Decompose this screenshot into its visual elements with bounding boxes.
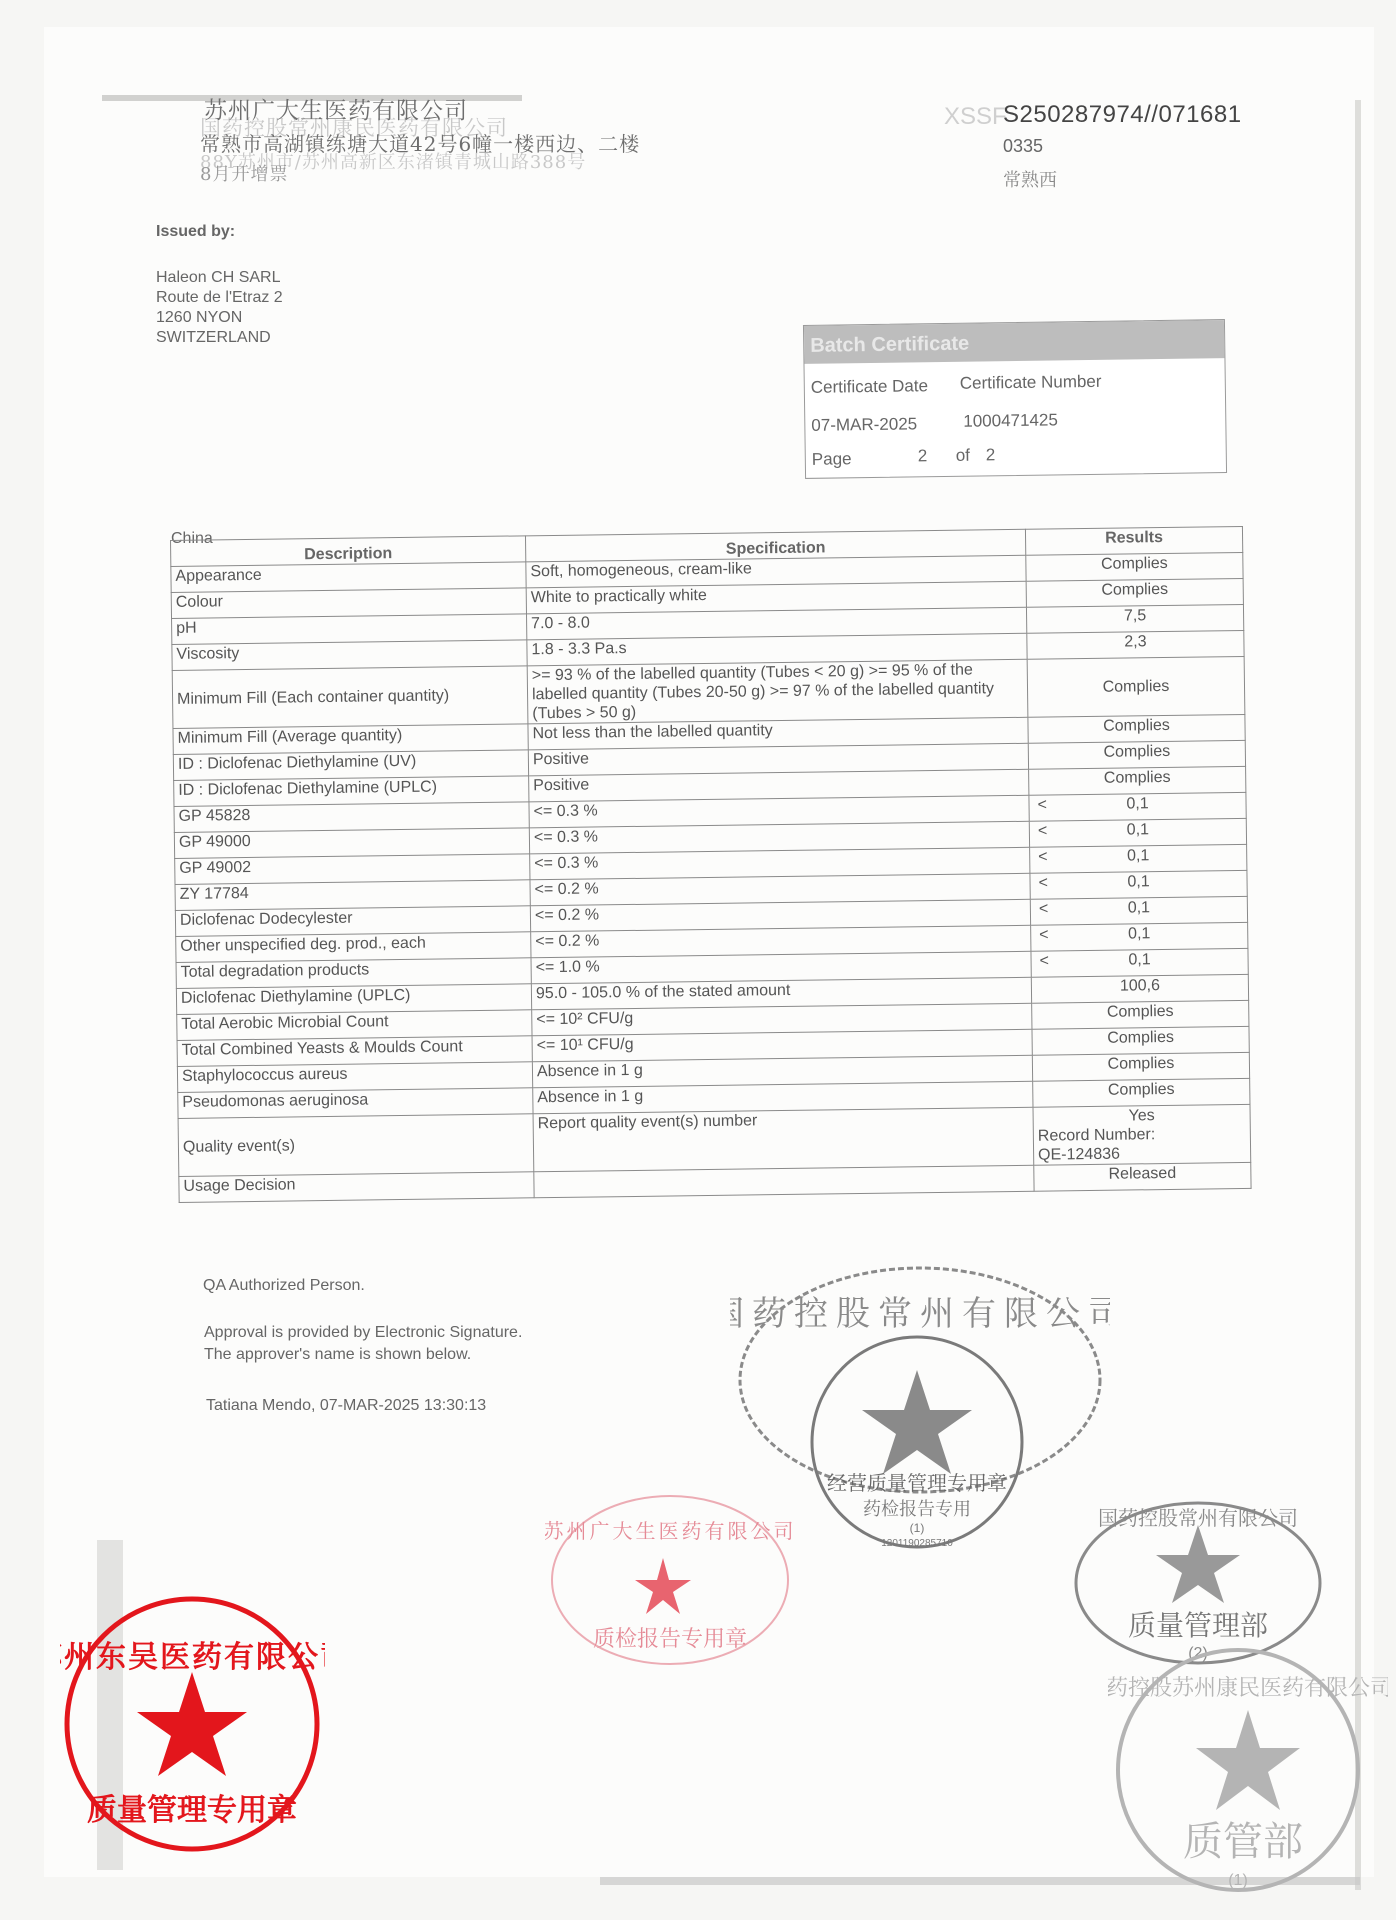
cell-result: Complies bbox=[1028, 740, 1245, 769]
result-value: Complies bbox=[1033, 767, 1241, 789]
result-value: Complies bbox=[1030, 553, 1238, 575]
result-value: 0,1 bbox=[1034, 845, 1242, 867]
reference-ghost: XSSF bbox=[944, 103, 1007, 131]
svg-text:质检报告专用章: 质检报告专用章 bbox=[593, 1627, 747, 1652]
cell-specification: Report quality event(s) number bbox=[533, 1107, 1034, 1172]
approval-line-2: The approver's name is shown below. bbox=[204, 1344, 471, 1366]
recipient-address: 常熟市高湖镇练塘大道42号6幢一楼西边、二楼 bbox=[200, 128, 640, 157]
certificate-number-label: Certificate Number bbox=[960, 372, 1102, 394]
cell-result: 2,3 bbox=[1027, 630, 1244, 659]
qa-authorized-label: QA Authorized Person. bbox=[203, 1275, 365, 1297]
result-qualifier: < bbox=[1037, 796, 1047, 815]
result-value: QE-124836 bbox=[1038, 1143, 1246, 1165]
cell-description: Minimum Fill (Each container quantity) bbox=[172, 666, 528, 729]
cell-result: Released bbox=[1034, 1162, 1251, 1191]
batch-certificate-title: Batch Certificate bbox=[804, 320, 1224, 364]
certificate-number: 1000471425 bbox=[963, 410, 1058, 431]
result-value: 7,5 bbox=[1031, 605, 1239, 627]
guoyao-suzhou-kangmin-dept-stamp: 国药控股苏州康民医药有限公司 质管部 (1) bbox=[1108, 1640, 1388, 1920]
cell-result: Complies bbox=[1028, 714, 1245, 743]
result-value: Complies bbox=[1032, 715, 1240, 737]
result-value: 0,1 bbox=[1035, 949, 1243, 971]
issuer-line: Haleon CH SARL bbox=[156, 268, 283, 288]
reference-region: 常熟西 bbox=[1003, 166, 1057, 192]
result-value: Complies bbox=[1036, 1001, 1244, 1023]
result-value: 2,3 bbox=[1031, 631, 1239, 653]
svg-text:国药控股常州有限公司: 国药控股常州有限公司 bbox=[730, 1294, 1110, 1334]
svg-text:(1): (1) bbox=[910, 1521, 925, 1535]
svg-text:国药控股常州有限公司: 国药控股常州有限公司 bbox=[1098, 1506, 1298, 1530]
svg-text:质管部: 质管部 bbox=[1183, 1819, 1303, 1865]
svg-text:国药控股苏州康民医药有限公司: 国药控股苏州康民医药有限公司 bbox=[1108, 1676, 1388, 1701]
reference-code: 0335 bbox=[1003, 136, 1043, 157]
result-value: Complies bbox=[1033, 741, 1241, 763]
svg-text:1201190285710: 1201190285710 bbox=[881, 1538, 953, 1549]
page-total: 2 bbox=[986, 445, 996, 465]
results-table-body: AppearanceSoft, homogeneous, cream-likeC… bbox=[171, 552, 1251, 1202]
cell-result: Complies bbox=[1032, 1052, 1249, 1081]
svg-text:经营质量管理专用章: 经营质量管理专用章 bbox=[827, 1471, 1007, 1495]
result-value: Complies bbox=[1032, 676, 1240, 698]
scan-artifact-right-bar bbox=[1355, 100, 1361, 1890]
svg-text:质量管理部: 质量管理部 bbox=[1128, 1609, 1268, 1642]
result-qualifier: < bbox=[1038, 874, 1048, 893]
svg-text:苏州广大生医药有限公司: 苏州广大生医药有限公司 bbox=[545, 1519, 795, 1543]
result-value: 0,1 bbox=[1034, 871, 1242, 893]
cell-result: YesRecord Number:QE-124836 bbox=[1033, 1104, 1251, 1165]
cell-description: Quality event(s) bbox=[178, 1114, 534, 1177]
cell-result: Complies bbox=[1033, 1078, 1250, 1107]
result-qualifier: < bbox=[1038, 822, 1048, 841]
svg-text:苏州东吴医药有限公司: 苏州东吴医药有限公司 bbox=[60, 1640, 325, 1675]
svg-text:(1): (1) bbox=[1228, 1872, 1248, 1889]
cell-result: Complies bbox=[1027, 656, 1245, 717]
page-of: of bbox=[956, 446, 970, 466]
reference-number: S250287974//071681 bbox=[1003, 101, 1242, 129]
recipient-company: 苏州广大生医药有限公司 bbox=[204, 92, 468, 125]
cell-result: <0,1 bbox=[1031, 922, 1248, 951]
result-qualifier: < bbox=[1039, 900, 1049, 919]
issuer-label: Issued by: bbox=[156, 222, 283, 242]
svg-text:药检报告专用: 药检报告专用 bbox=[863, 1498, 971, 1520]
cell-result: Complies bbox=[1029, 766, 1246, 795]
result-value: 0,1 bbox=[1033, 793, 1241, 815]
result-value: Complies bbox=[1037, 1079, 1245, 1101]
svg-text:质量管理专用章: 质量管理专用章 bbox=[87, 1793, 297, 1828]
dongwu-quality-stamp: 苏州东吴医药有限公司 质量管理专用章 bbox=[60, 1592, 325, 1857]
approval-line-1: Approval is provided by Electronic Signa… bbox=[204, 1322, 522, 1344]
page-current: 2 bbox=[918, 446, 928, 466]
result-qualifier: < bbox=[1039, 926, 1049, 945]
cell-result: <0,1 bbox=[1029, 818, 1246, 847]
result-value: Complies bbox=[1031, 579, 1239, 601]
result-qualifier: < bbox=[1038, 848, 1048, 867]
recipient-line3: 8月开增票 bbox=[200, 160, 288, 186]
result-value: Released bbox=[1038, 1163, 1246, 1185]
certificate-date: 07-MAR-2025 bbox=[811, 414, 917, 435]
result-qualifier: < bbox=[1039, 952, 1049, 971]
header-results: Results bbox=[1025, 526, 1242, 555]
results-table-wrapper: Description Specification Results Appear… bbox=[170, 526, 1252, 1203]
result-value: 0,1 bbox=[1034, 819, 1242, 841]
cell-result: Complies bbox=[1026, 578, 1243, 607]
cell-result: <0,1 bbox=[1031, 948, 1248, 977]
cell-result: <0,1 bbox=[1030, 844, 1247, 873]
cell-result: Complies bbox=[1026, 552, 1243, 581]
page-label: Page bbox=[812, 449, 852, 470]
result-value: Complies bbox=[1036, 1027, 1244, 1049]
cell-result: Complies bbox=[1032, 1026, 1249, 1055]
result-value: 0,1 bbox=[1035, 897, 1243, 919]
cell-result: <0,1 bbox=[1030, 896, 1247, 925]
cell-result: 100,6 bbox=[1031, 974, 1248, 1003]
zhongxin-quality-stamp: 经营质量管理专用章 药检报告专用 (1) 1201190285710 bbox=[805, 1330, 1030, 1555]
cell-result: 7,5 bbox=[1026, 604, 1243, 633]
result-value: Complies bbox=[1037, 1053, 1245, 1075]
issuer-line: 1260 NYON bbox=[156, 308, 283, 328]
signature-line: Tatiana Mendo, 07-MAR-2025 13:30:13 bbox=[206, 1395, 486, 1417]
issuer-block: Issued by: Haleon CH SARL Route de l'Etr… bbox=[156, 222, 283, 348]
cell-result: <0,1 bbox=[1030, 870, 1247, 899]
cell-specification: >= 93 % of the labelled quantity (Tubes … bbox=[527, 659, 1028, 724]
results-table: Description Specification Results Appear… bbox=[170, 526, 1252, 1203]
cell-description: Usage Decision bbox=[179, 1172, 534, 1203]
batch-certificate-box: Batch Certificate Certificate Date Certi… bbox=[803, 319, 1227, 479]
result-value: 100,6 bbox=[1036, 975, 1244, 997]
cell-result: Complies bbox=[1032, 1000, 1249, 1029]
issuer-line: Route de l'Etraz 2 bbox=[156, 288, 283, 308]
issuer-line: SWITZERLAND bbox=[156, 328, 283, 348]
cell-result: <0,1 bbox=[1029, 792, 1246, 821]
guangdasheng-report-stamp: 苏州广大生医药有限公司 质检报告专用章 bbox=[545, 1488, 795, 1673]
certificate-date-label: Certificate Date bbox=[811, 376, 928, 398]
result-value: 0,1 bbox=[1035, 923, 1243, 945]
